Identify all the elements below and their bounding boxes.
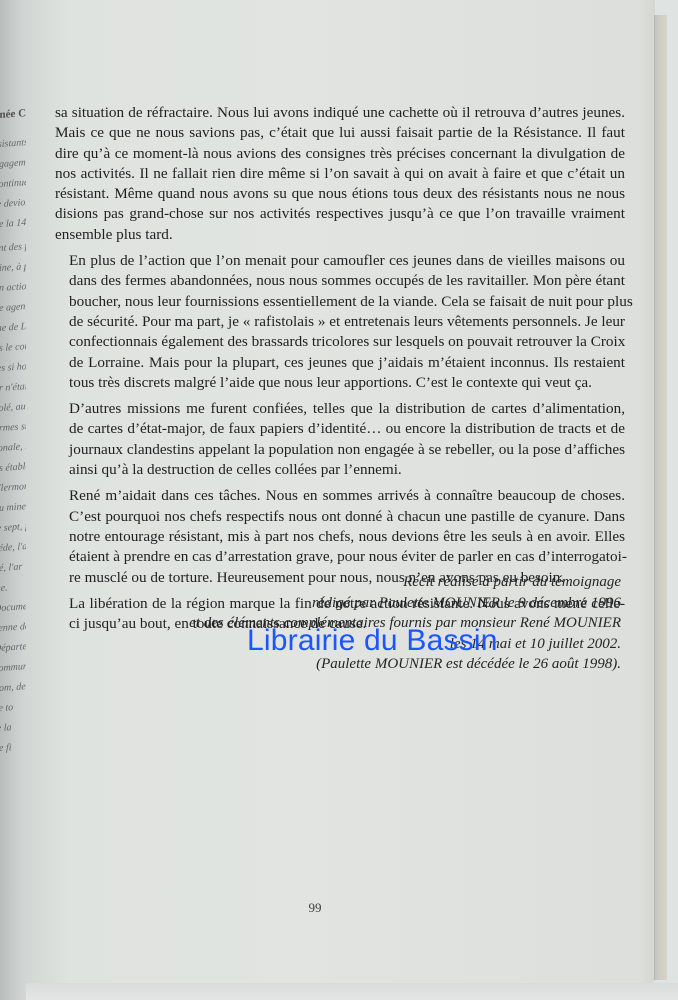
text-line: de sécurité. Pour ma part, je « rafistol… — [55, 312, 625, 332]
paragraph: sa situation de réfractaire. Nous lui av… — [55, 103, 625, 245]
facing-page-text-fragment: le devions — [0, 197, 26, 211]
text-line: sa situation de réfractaire. Nous lui av… — [55, 103, 625, 123]
text-line: nos activités. Il ne fallait rien dire m… — [55, 164, 625, 184]
facing-page-text-fragment: dé, l'ar — [0, 561, 26, 575]
facing-page-text-fragment: ps étable — [0, 461, 26, 475]
paragraph: En plus de l’action que l’on menait pour… — [55, 251, 625, 393]
facing-page-text-fragment: , née C( — [0, 107, 26, 122]
text-line: disions pas grand-chose sur nos activité… — [55, 204, 625, 224]
facing-page-text-fragment: Jenne de — [0, 621, 26, 635]
facing-page-text-fragment: nom, de — [0, 681, 26, 695]
text-line: En plus de l’action que l’on menait pour… — [55, 251, 625, 271]
watermark: Librairie du Bassin — [247, 624, 498, 658]
text-line: tous très discrets malgré l’aide que nou… — [55, 373, 625, 393]
text-line: D’autres missions me furent confiées, te… — [55, 399, 625, 419]
facing-page-text-fragment: un action — [0, 281, 26, 295]
text-line: boucher, nous leur fournissions essentie… — [55, 292, 625, 312]
facing-page-text-fragment: Tine, à p — [0, 261, 26, 275]
text-line: C’est pourquoi nos chefs respectifs nous… — [55, 507, 625, 527]
facing-page-text-fragment: Jolé, au j — [0, 401, 26, 415]
text-line: René m’aidait dans ces tâches. Nous en s… — [55, 486, 625, 506]
text-line: journaux clandestins appelant la populat… — [55, 440, 625, 460]
attribution-line: Récit réalisé à partir du témoignage — [121, 572, 621, 593]
facing-page-margin: , née C(ssistants, jngagement, continuer… — [0, 0, 26, 1000]
text-line: étaient à prendre en cas d’arrestation g… — [55, 547, 625, 567]
page-number: 99 — [300, 900, 330, 916]
facing-page-text-fragment: commun — [0, 661, 26, 675]
facing-page-text-fragment: sonale, il — [0, 441, 26, 455]
facing-page-text-fragment: ormes sur — [0, 421, 26, 435]
body-text: sa situation de réfractaire. Nous lui av… — [55, 103, 625, 640]
facing-page-text-fragment: Clermont — [0, 481, 26, 495]
facing-page-text-fragment: continuer l — [0, 177, 26, 191]
facing-page-text-fragment: ssistants, j — [0, 137, 26, 151]
text-line: de cartes d’état-major, de faux papiers … — [55, 419, 625, 439]
facing-page-text-fragment: ns le com — [0, 341, 26, 355]
page-edge — [654, 15, 667, 980]
facing-page-text-fragment: Docume — [0, 601, 26, 615]
facing-page-text-fragment: Départe — [0, 641, 26, 655]
text-line: de Lorraine. Mais pour la plupart, ces j… — [55, 353, 625, 373]
text-line: notre entourage résistant, mis à part no… — [55, 527, 625, 547]
facing-page-text-fragment: le la — [0, 721, 26, 735]
facing-page-text-fragment: de la 14 — [0, 217, 26, 231]
background-shadow — [0, 983, 678, 1000]
facing-page-text-fragment: céde, l'a — [0, 541, 26, 555]
text-line: ensemble plus tard. — [55, 225, 625, 245]
text-line: confectionnais également des brassards t… — [55, 332, 625, 352]
facing-page-text-fragment: ine de Lo — [0, 321, 26, 335]
facing-page-text-fragment: le sept, f — [0, 521, 26, 535]
text-line: résistant. Même quand nous avons su que … — [55, 184, 625, 204]
facing-page-text-fragment: ngagement, — [0, 157, 26, 171]
paragraph: D’autres missions me furent confiées, te… — [55, 399, 625, 480]
facing-page-text-fragment: ise. — [0, 581, 26, 595]
attribution-line: rédigé par Paulette MOUNIER le 9 décembr… — [121, 593, 621, 614]
facing-page-text-fragment: les si hom — [0, 361, 26, 375]
text-line: dans des fermes abandonnées, nous nous s… — [55, 271, 625, 291]
facing-page-text-fragment: ur n'étaie — [0, 381, 26, 395]
text-line: ainsi qu’à la destruction de celles coll… — [55, 460, 625, 480]
facing-page-text-fragment: Je to — [0, 701, 26, 715]
text-line: dire qu’à ce moment-là nous avions des c… — [55, 144, 625, 164]
facing-page-text-fragment: au miner — [0, 501, 26, 515]
facing-page-text-fragment: de fi — [0, 741, 26, 755]
facing-page-text-fragment: ne agent — [0, 301, 26, 315]
text-line: Mais ce que ne nous savions pas, c’était… — [55, 123, 625, 143]
facing-page-text-fragment: ent des fi — [0, 241, 26, 255]
